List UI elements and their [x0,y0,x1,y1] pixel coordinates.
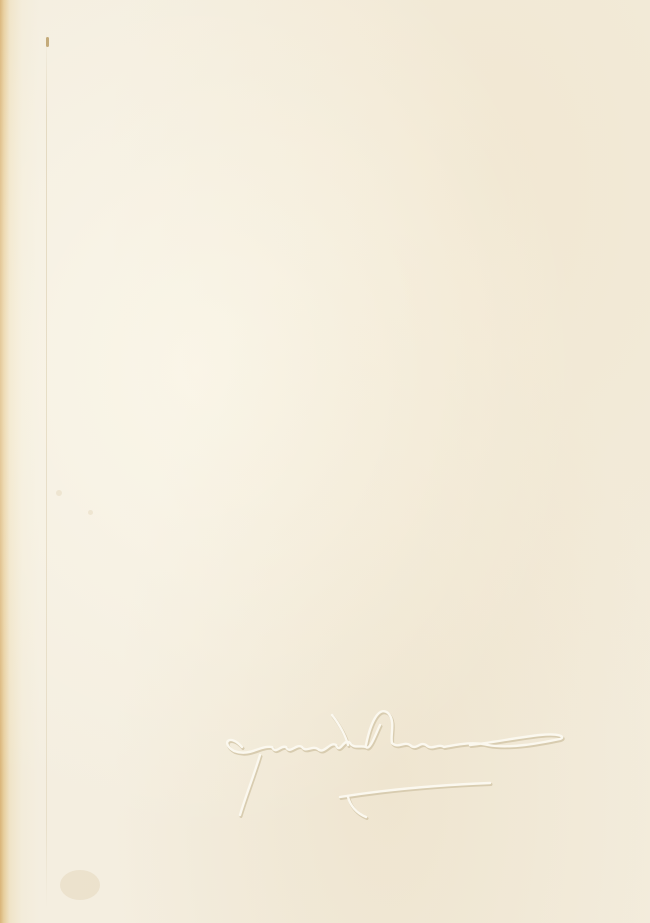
stain-spot [88,510,93,515]
margin-crease [46,30,47,910]
embossed-signature: embossed signature [220,685,580,825]
stain-spot [60,870,100,900]
paper-sheet: embossed signature [0,0,650,923]
ink-mark [46,37,49,47]
stain-spot [56,490,62,496]
